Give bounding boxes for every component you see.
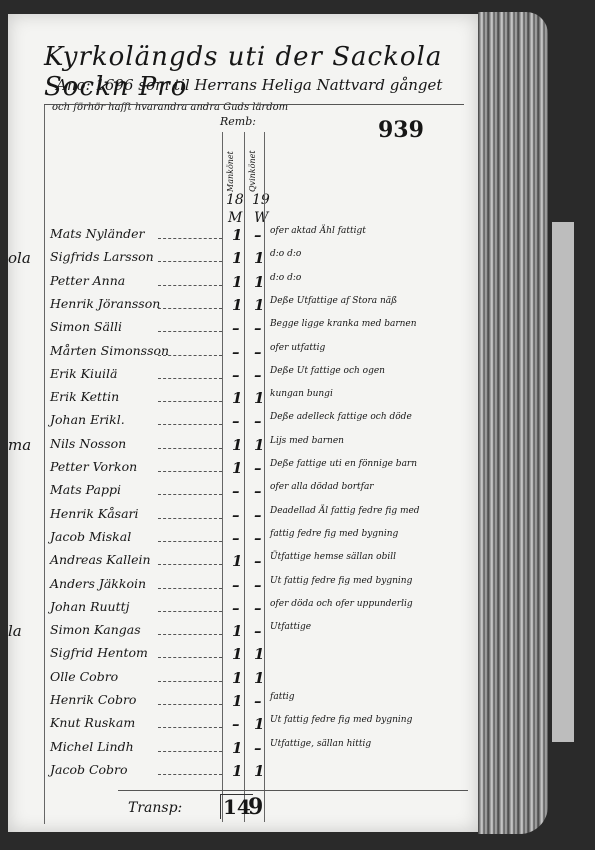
- remark: Utfattige, sällan hittig: [270, 739, 371, 749]
- women-tally: 1: [254, 715, 264, 733]
- women-column-number: 19: [252, 192, 270, 208]
- remark: Deße fattige uti en fönnige barn: [270, 459, 417, 469]
- men-tally: 1: [232, 762, 242, 780]
- men-tally: –: [232, 319, 240, 337]
- person-name: Johan Ruuttj: [50, 599, 130, 614]
- women-tally: –: [254, 412, 262, 430]
- margin-note: ma: [8, 436, 31, 454]
- remark: fattig: [270, 692, 295, 702]
- remark: Ut fattig fedre fig med bygning: [270, 715, 412, 725]
- dash-leader: [158, 308, 222, 309]
- dash-leader: [158, 401, 222, 402]
- men-tally: 1: [232, 459, 242, 477]
- dash-leader: [158, 471, 222, 472]
- men-tally: 1: [232, 296, 242, 314]
- dash-leader: [158, 355, 222, 356]
- register-row: Mårten Simonsson––ofer utfattig: [8, 343, 478, 367]
- register-row: Jacob Cobro11: [8, 762, 478, 786]
- men-column-number: 18: [226, 192, 244, 208]
- dash-leader: [158, 611, 222, 612]
- dash-leader: [158, 261, 222, 262]
- person-name: Nils Nosson: [50, 436, 126, 451]
- person-name: Simon Kangas: [50, 622, 141, 637]
- remark: Begge ligge kranka med barnen: [270, 319, 417, 329]
- register-row: Henrik Jöransson11Deße Utfattige af Stor…: [8, 296, 478, 320]
- dash-leader: [158, 704, 222, 705]
- remark: Utfattige: [270, 622, 311, 632]
- dash-leader: [158, 657, 222, 658]
- remark: Ütfattige hemse sällan obill: [270, 552, 396, 562]
- register-row: Mats Pappi––ofer alla dödad bortfar: [8, 482, 478, 506]
- register-row: Petter Anna11d:o d:o: [8, 273, 478, 297]
- register-row: Petter Vorkon1–Deße fattige uti en fönni…: [8, 459, 478, 483]
- women-tally: 1: [254, 762, 264, 780]
- transport-label: Transp:: [128, 800, 182, 816]
- women-tally: –: [254, 599, 262, 617]
- dash-leader: [158, 634, 222, 635]
- men-column-vertical-header: Mankönet: [226, 132, 235, 192]
- register-row: Henrik Kåsari––Deadellad Äl fattig fedre…: [8, 506, 478, 530]
- register-row: Johan Erikl.––Deße adelleck fattige och …: [8, 412, 478, 436]
- person-name: Olle Cobro: [50, 669, 118, 684]
- person-name: Erik Kettin: [50, 389, 119, 404]
- men-tally: –: [232, 343, 240, 361]
- register-row: Sigfrid Hentom11: [8, 645, 478, 669]
- register-row: Michel Lindh1–Utfattige, sällan hittig: [8, 739, 478, 763]
- men-tally: –: [232, 529, 240, 547]
- women-tally: –: [254, 692, 262, 710]
- person-name: Henrik Cobro: [50, 692, 136, 707]
- men-tally: 1: [232, 249, 242, 267]
- register-row: Simon Sälli––Begge ligge kranka med barn…: [8, 319, 478, 343]
- register-row: Erik Kettin11kungan bungi: [8, 389, 478, 413]
- person-name: Erik Kiuilä: [50, 366, 117, 381]
- men-tally: –: [232, 482, 240, 500]
- person-name: Simon Sälli: [50, 319, 122, 334]
- book-page-edges: [478, 12, 548, 834]
- women-tally: 1: [254, 389, 264, 407]
- women-column-vertical-header: Qvinkönet: [248, 132, 257, 192]
- dash-leader: [158, 424, 222, 425]
- dash-leader: [158, 751, 222, 752]
- person-name: Knut Ruskam: [50, 715, 135, 730]
- person-name: Sigfrid Hentom: [50, 645, 148, 660]
- total-women: 9: [248, 794, 263, 820]
- person-name: Jacob Miskal: [50, 529, 131, 544]
- dash-leader: [158, 285, 222, 286]
- margin-note: ola: [8, 249, 31, 267]
- women-tally: –: [254, 366, 262, 384]
- dash-leader: [158, 564, 222, 565]
- register-row: Olle Cobro11: [8, 669, 478, 693]
- person-name: Sigfrids Larsson: [50, 249, 154, 264]
- total-rule: [118, 790, 468, 791]
- remark: Deße Utfattige af Stora näß: [270, 296, 397, 306]
- women-tally: 1: [254, 296, 264, 314]
- men-tally: –: [232, 366, 240, 384]
- men-tally: 1: [232, 273, 242, 291]
- dash-leader: [158, 331, 222, 332]
- men-tally: 1: [232, 622, 242, 640]
- person-name: Henrik Kåsari: [50, 506, 139, 521]
- women-tally: –: [254, 459, 262, 477]
- column-group-header: Remb:: [220, 115, 256, 128]
- person-name: Petter Anna: [50, 273, 125, 288]
- person-name: Petter Vorkon: [50, 459, 137, 474]
- remark: ofer utfattig: [270, 343, 325, 353]
- women-tally: 1: [254, 436, 264, 454]
- register-row: Anders Jäkkoin––Ut fattig fedre fig med …: [8, 576, 478, 600]
- register-row: Erik Kiuilä––Deße Ut fattige och ogen: [8, 366, 478, 390]
- margin-note: la: [8, 622, 22, 640]
- register-row: Mats Nyländer1–ofer aktad Ähl fattigt: [8, 226, 478, 250]
- person-name: Henrik Jöransson: [50, 296, 160, 311]
- register-row: maNils Nosson11Lijs med barnen: [8, 436, 478, 460]
- dash-leader: [158, 238, 222, 239]
- register-row: Henrik Cobro1–fattig: [8, 692, 478, 716]
- men-column-label: M: [228, 210, 242, 226]
- remark: Deadellad Äl fattig fedre fig med: [270, 506, 420, 516]
- women-tally: 1: [254, 669, 264, 687]
- women-tally: –: [254, 552, 262, 570]
- remark: fattig fedre fig med bygning: [270, 529, 398, 539]
- men-tally: 1: [232, 669, 242, 687]
- men-tally: 1: [232, 645, 242, 663]
- dash-leader: [158, 448, 222, 449]
- men-tally: 1: [232, 552, 242, 570]
- men-tally: 1: [232, 739, 242, 757]
- remark: d:o d:o: [270, 249, 301, 259]
- register-row: laSimon Kangas1–Utfattige: [8, 622, 478, 646]
- person-name: Mats Pappi: [50, 482, 121, 497]
- dash-leader: [158, 727, 222, 728]
- women-tally: 1: [254, 249, 264, 267]
- men-tally: –: [232, 576, 240, 594]
- dash-leader: [158, 518, 222, 519]
- person-name: Jacob Cobro: [50, 762, 128, 777]
- men-tally: 1: [232, 692, 242, 710]
- women-tally: –: [254, 622, 262, 640]
- women-tally: –: [254, 343, 262, 361]
- men-tally: –: [232, 412, 240, 430]
- person-name: Mårten Simonsson: [50, 343, 169, 358]
- register-row: Knut Ruskam–1Ut fattig fedre fig med byg…: [8, 715, 478, 739]
- remark: ofer aktad Ähl fattigt: [270, 226, 366, 236]
- men-tally: –: [232, 599, 240, 617]
- register-row: olaSigfrids Larsson11d:o d:o: [8, 249, 478, 273]
- dash-leader: [158, 681, 222, 682]
- remark: Deße Ut fattige och ogen: [270, 366, 385, 376]
- men-tally: –: [232, 506, 240, 524]
- manuscript-page: Kyrkolängds uti der Sackola Sockn Pro An…: [8, 14, 478, 832]
- women-tally: –: [254, 529, 262, 547]
- remark: kungan bungi: [270, 389, 333, 399]
- dash-leader: [158, 494, 222, 495]
- dash-leader: [158, 378, 222, 379]
- remark: ofer döda och ofer uppunderlig: [270, 599, 413, 609]
- header-rule: [44, 104, 464, 105]
- person-name: Anders Jäkkoin: [50, 576, 146, 591]
- year-line: Ano: 1696 som til Herrans Heliga Nattvar…: [56, 76, 442, 94]
- men-tally: 1: [232, 436, 242, 454]
- person-name: Michel Lindh: [50, 739, 134, 754]
- dash-leader: [158, 774, 222, 775]
- remark: Ut fattig fedre fig med bygning: [270, 576, 412, 586]
- women-tally: –: [254, 576, 262, 594]
- person-name: Mats Nyländer: [50, 226, 145, 241]
- register-row: Andreas Kallein1–Ütfattige hemse sällan …: [8, 552, 478, 576]
- men-tally: 1: [232, 389, 242, 407]
- remark: Deße adelleck fattige och döde: [270, 412, 412, 422]
- women-tally: –: [254, 319, 262, 337]
- women-tally: 1: [254, 645, 264, 663]
- register-row: Jacob Miskal––fattig fedre fig med bygni…: [8, 529, 478, 553]
- register-row: Johan Ruuttj––ofer döda och ofer uppunde…: [8, 599, 478, 623]
- men-tally: –: [232, 715, 240, 733]
- remark: d:o d:o: [270, 273, 301, 283]
- person-name: Andreas Kallein: [50, 552, 151, 567]
- women-tally: –: [254, 739, 262, 757]
- page-number: 939: [378, 117, 424, 143]
- remark: Lijs med barnen: [270, 436, 344, 446]
- women-column-label: W: [254, 210, 268, 226]
- women-tally: –: [254, 482, 262, 500]
- person-name: Johan Erikl.: [50, 412, 125, 427]
- remark: ofer alla dödad bortfar: [270, 482, 374, 492]
- men-tally: 1: [232, 226, 242, 244]
- women-tally: –: [254, 506, 262, 524]
- book-bookmark-flap: [552, 222, 574, 742]
- women-tally: –: [254, 226, 262, 244]
- women-tally: 1: [254, 273, 264, 291]
- dash-leader: [158, 588, 222, 589]
- dash-leader: [158, 541, 222, 542]
